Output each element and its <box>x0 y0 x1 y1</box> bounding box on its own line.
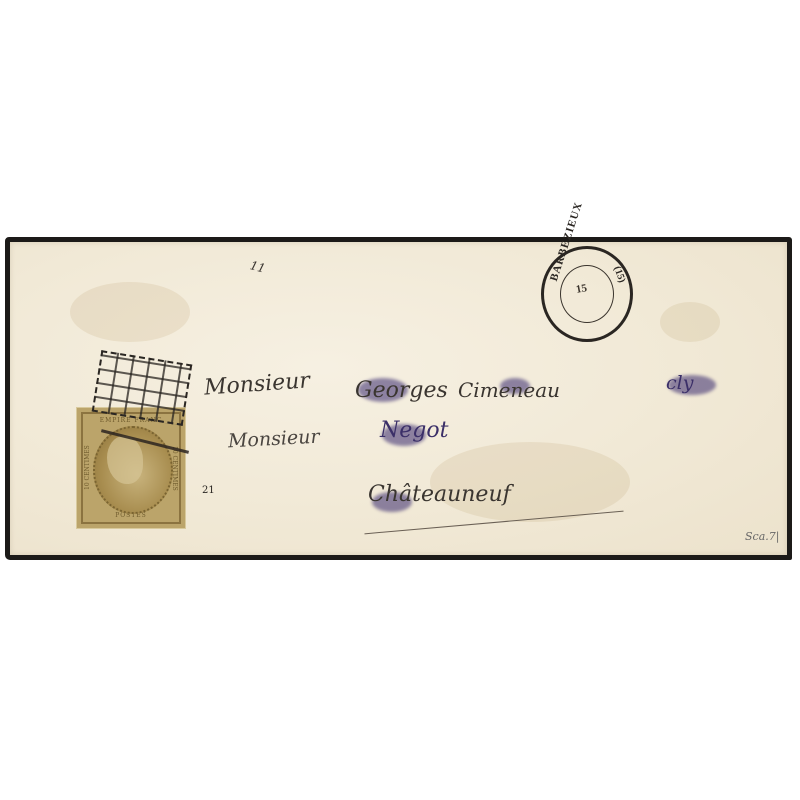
address-town: Châteauneuf <box>368 482 511 507</box>
stamp-portrait <box>107 436 143 484</box>
pencil-mark-21: 21 <box>202 485 215 496</box>
foxing-stain <box>660 302 720 342</box>
postmark-department: (15) <box>612 265 628 284</box>
address-name-2: Cimeneau <box>458 378 560 402</box>
foxing-stain <box>70 282 190 342</box>
stamp-left-text: 10 CENTIMES <box>84 426 93 510</box>
ceres-stamp: EMPIRE FRANC POSTES 10 CENTIMES 10 CENTI… <box>77 408 185 528</box>
address-name-3: cly <box>666 372 693 394</box>
postmark-date: 15 <box>575 282 588 296</box>
barbezieux-postmark: BARBEZIEUX (15) 15 <box>541 246 633 342</box>
address-line-2: Negot <box>380 418 448 443</box>
dealer-pencil-note: Sca.7| <box>745 530 779 543</box>
address-name-1: Georges <box>355 378 448 403</box>
